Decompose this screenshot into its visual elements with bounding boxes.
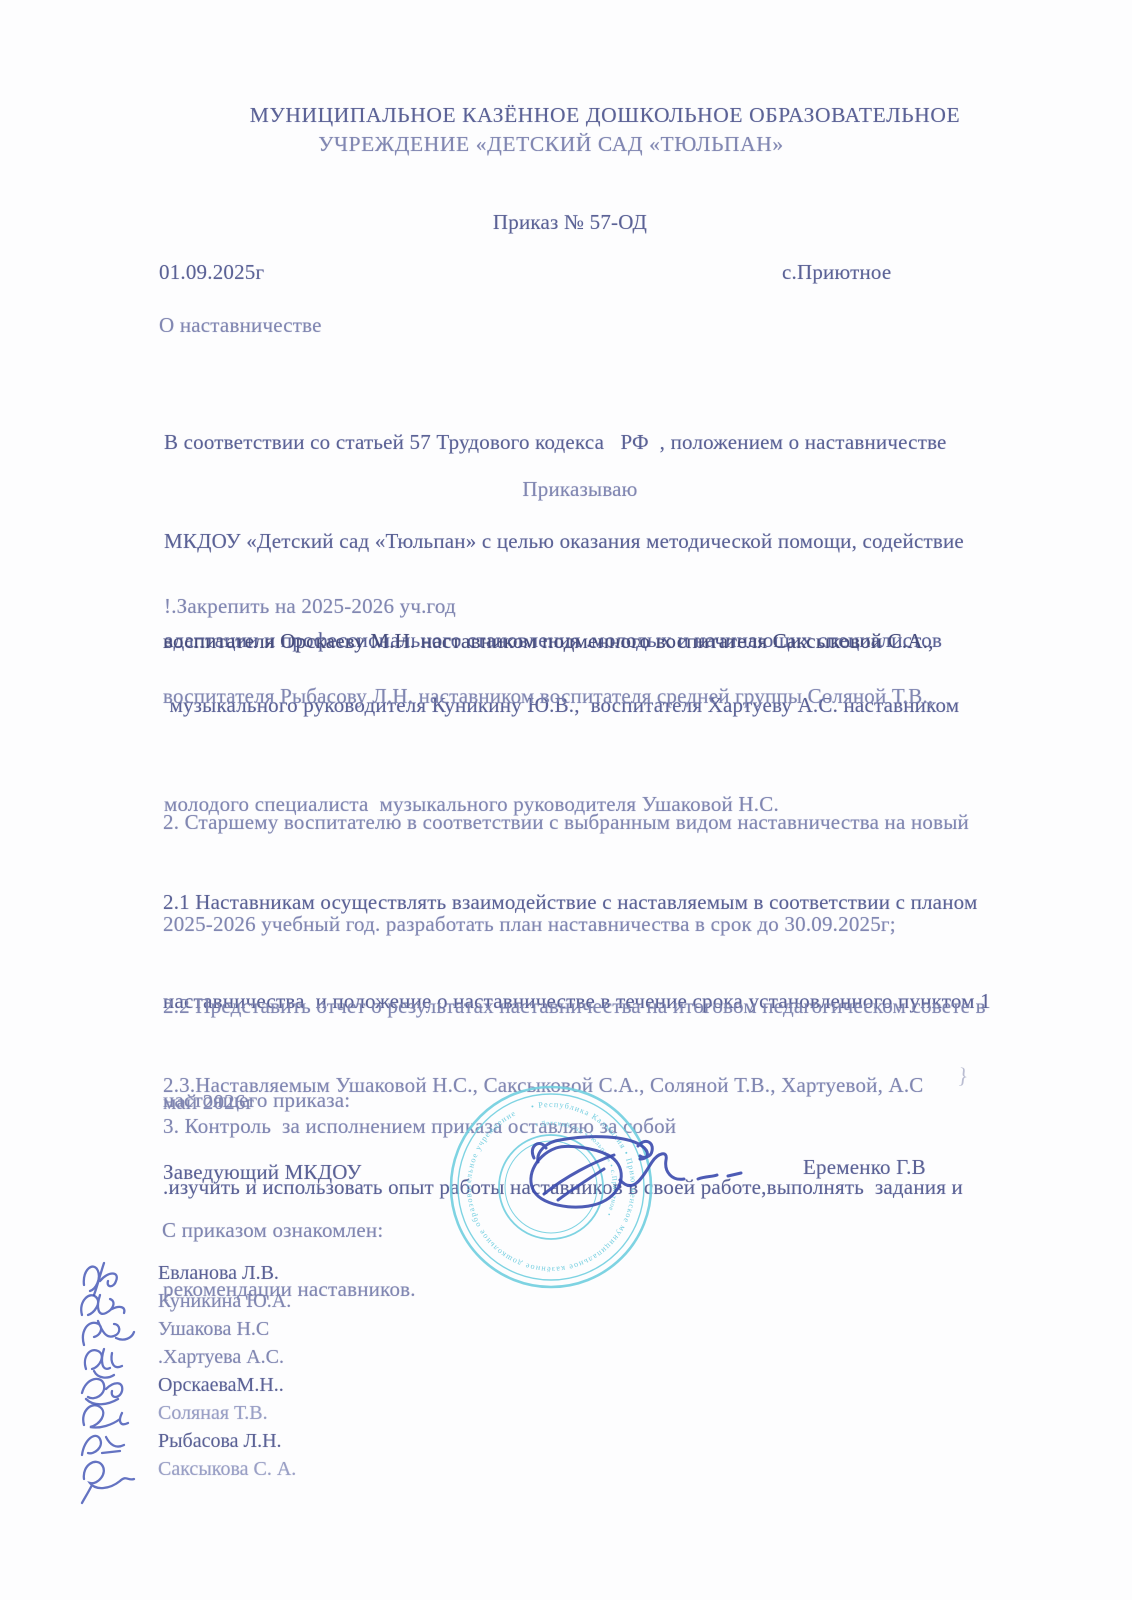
- item1-line1: !.Закрепить на 2025-2026 уч.год: [164, 590, 959, 623]
- decree-word: Приказываю: [14, 477, 1132, 502]
- org-name-line2: УЧРЕЖДЕНИЕ «ДЕТСКИЙ САД «ТЮЛЬПАН»: [0, 132, 1117, 157]
- preamble-line1: В соответствии со статьей 57 Трудового к…: [164, 426, 964, 459]
- ack-name: Саксыкова С. А.: [158, 1458, 296, 1481]
- item-1c: воспитателя Рыбасову Л.Н. наставником во…: [163, 684, 933, 709]
- signature-scribble: [74, 1451, 166, 1493]
- signatory-name: Еременко Г.В: [803, 1155, 926, 1180]
- item-1b: воспитателя Орскаеву М.Н. наставником по…: [163, 629, 934, 654]
- acknowledgement-label: С приказом ознакомлен:: [162, 1218, 383, 1243]
- scanned-order-document: МУНИЦИПАЛЬНОЕ КАЗЁННОЕ ДОШКОЛЬНОЕ ОБРАЗО…: [0, 0, 1132, 1600]
- item2_1-line1: 2.1 Наставникам осуществлять взаимодейст…: [163, 886, 991, 919]
- org-name-line1: МУНИЦИПАЛЬНОЕ КАЗЁННОЕ ДОШКОЛЬНОЕ ОБРАЗО…: [39, 103, 1132, 128]
- signatory-position: Заведующий МКДОУ: [163, 1160, 362, 1185]
- director-signature: [500, 1128, 780, 1228]
- ack-name: ОрскаеваМ.Н..: [158, 1374, 284, 1397]
- ack-name: Куникина Ю.А.: [158, 1290, 291, 1313]
- ack-name: Соляная Т.В.: [158, 1402, 268, 1425]
- ack-name: .Хартуева А.С.: [158, 1346, 284, 1369]
- acknowledgement-names: Евланова Л.В. Куникина Ю.А. Ушакова Н.С …: [0, 1262, 560, 1486]
- ack-name: Ушакова Н.С: [158, 1318, 269, 1341]
- order-title: Приказ № 57-ОД: [4, 210, 1132, 235]
- ack-row: Саксыкова С. А.: [0, 1458, 560, 1486]
- order-date: 01.09.2025г: [159, 260, 264, 285]
- ack-name: Рыбасова Л.Н.: [158, 1430, 282, 1453]
- order-place: с.Приютное: [782, 260, 891, 285]
- ack-name: Евланова Л.В.: [158, 1262, 279, 1285]
- order-subject: О наставничестве: [159, 313, 322, 338]
